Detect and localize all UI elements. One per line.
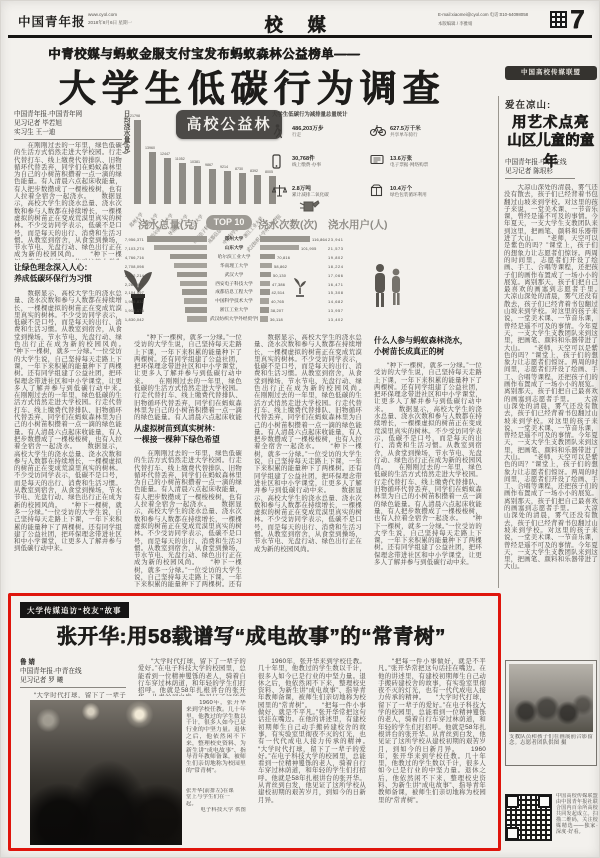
article-subhead-3: 什么人参与蚂蚁森林浇水， 小树苗长成真正的树 xyxy=(374,336,482,357)
reduction-item-value: 2.8万吨 xyxy=(292,184,311,192)
feature-text-column: “把每一件小事做好，就是不平凡。”张开华常把这句话挂在嘴边。在他的讲述里，有建校… xyxy=(378,658,486,846)
article-text-column: 数据显示，高校大学生的浇水总量、浇水次数和参与人数都在持续增长，一棵棵虚拟的树苗… xyxy=(14,290,122,588)
subhead-line: 从虚拟树苗到真实树林： xyxy=(134,424,242,435)
contact-line-2: 本版编辑 / 李雅娟 xyxy=(438,21,550,27)
reduction-item-label: 绿色包装循环利用 xyxy=(390,192,427,198)
scale-icon xyxy=(272,184,287,197)
package-icon xyxy=(370,184,383,197)
rank-row-value: 50,130 xyxy=(273,273,286,278)
rank-row-value: 58,862 xyxy=(274,264,287,269)
contact-line-1: E-mail:xiaomei@cyol.com 电话:010-64098058 xyxy=(438,12,550,18)
rank-row-value: 36,118 xyxy=(270,317,283,322)
rank-row-value: 武汉大学 xyxy=(210,272,258,278)
caption-line: 电子科技大学 供图 xyxy=(186,807,246,813)
reduction-item-value: 627.5万千米 xyxy=(390,124,421,132)
reduction-item-value: 30,768件 xyxy=(292,154,315,162)
rank-row-value: 15,308 xyxy=(328,290,344,295)
rank-row-value: 47,386 xyxy=(272,282,285,287)
byline-line: 中国青年报·中国青年网 xyxy=(14,110,122,119)
qr-code-icon xyxy=(550,11,567,28)
rank-top10-badge: TOP 10 xyxy=(206,215,252,230)
article-text-column: 在刚刚过去的一年里，绿色低碳的生活方式悄然走进大学校园。行走代替打车、线上缴费代… xyxy=(134,450,242,588)
campus-media-union-banner: 中国高校传媒联盟 xyxy=(505,66,597,80)
feature-photo-caption: 张开华(前排左)在课 堂上与学生们在一 起。 电子科技大学 供图 xyxy=(186,788,246,814)
feature-photo xyxy=(30,700,182,845)
rank-rows: 7,956,371郑州大学116,86423,9417,103,274山东大学1… xyxy=(120,236,464,330)
main-article-byline: 中国青年报·中国青年网 见习记者 毕若旭 实习生 王一迪 xyxy=(14,110,122,140)
rank-row-value: 郑州大学 xyxy=(210,236,258,242)
feature-byline-line: 见习记者 罗 曦 xyxy=(20,676,126,688)
rank-row-value: 19,802 xyxy=(328,255,344,260)
article-subhead-2: 从虚拟树苗到真实树林： 一棵接一棵种下绿色希望 xyxy=(134,424,242,445)
ticket-icon xyxy=(370,154,384,165)
reduction-item-label: 行走 xyxy=(292,132,301,138)
infographic-title: 高校公益林 xyxy=(176,110,282,139)
rank-row-value: 西安电子科技大学 xyxy=(210,281,258,287)
feature-byline: 鲁 婧 中国青年报·中青在线 见习记者 罗 曦 xyxy=(20,658,126,688)
rank-row-value: 17,066 xyxy=(328,273,344,278)
infographic-campus-forest: 日均浇水量(克) 2179813960124471105210381986792… xyxy=(120,104,464,330)
rank-row-value: 14,682 xyxy=(328,299,344,304)
feature-headline: 张开华:用58载谱写“成电故事”的“常青树” xyxy=(16,619,486,649)
newspaper-page: 中国青年报 www.cyol.com 2018年8月6日 星期一 校 媒 E-m… xyxy=(0,0,600,858)
reduction-item-value: 13.6万张 xyxy=(390,154,412,162)
page-number: 7 xyxy=(570,4,584,35)
feature-byline-line: 中国青年报·中青在线 xyxy=(20,667,126,676)
reduction-item-label: 共享单车骑行 xyxy=(390,132,418,138)
feature-text-column: “大学时代打球，留下了一辈子的爱好。”在电子科技大学的校园里，总能看到一位精神矍… xyxy=(20,692,126,698)
rank-col-users-label: 浇水用户(人) xyxy=(328,217,388,232)
feature-text-column: “大学时代打球，留下了一辈子的爱好。”在电子科技大学的校园里，总能看到一位精神矍… xyxy=(138,658,246,696)
sidebar-byline-line: 中国青年报·中青在线 xyxy=(505,158,567,167)
rank-row-value: 2,652,214 xyxy=(120,273,144,278)
rank-row-value: 2,708,098 xyxy=(120,264,144,269)
bicycle-icon xyxy=(370,124,386,136)
subhead-line: 养成低碳环保行为习惯 xyxy=(14,274,122,285)
phone-icon xyxy=(272,154,281,169)
reduction-panel: 486,203万步行走627.5万千米共享单车骑行30,768件线上缴费·办事1… xyxy=(272,118,464,204)
reduction-item-label: 线上缴费·办事 xyxy=(292,162,321,168)
rank-row-value: 华南理工大学 xyxy=(210,263,258,269)
rank-row-value: 2,104,997 xyxy=(120,290,144,295)
rank-row-value: 哈尔滨工业大学 xyxy=(210,254,258,260)
header-rule xyxy=(8,35,592,38)
reduction-item-value: 486,203万步 xyxy=(292,124,323,132)
rank-row-value: 浙江工业大学 xyxy=(210,307,258,313)
rank-col-total-label: 浇水总量(克) xyxy=(138,217,198,232)
sidebar-qr-code xyxy=(505,794,552,841)
walking-icon xyxy=(272,124,283,139)
reduction-item-value: 10.4万个 xyxy=(390,184,412,192)
article-text-column: “种下一棵树，就多一分绿。”一位受访的大学生说，自己坚持每天走路上下课，一年下来… xyxy=(134,334,242,421)
rank-row-value: 1,913,176 xyxy=(120,308,144,313)
rank-row-value: 70,816 xyxy=(277,255,290,260)
article-subhead-1: 让绿色理念深入人心： 养成低碳环保行为习惯 xyxy=(14,263,122,284)
subhead-line: 什么人参与蚂蚁森林浇水， xyxy=(374,336,482,347)
rank-row-value: 1,966,832 xyxy=(120,299,144,304)
rank-row-value: 7,103,274 xyxy=(120,246,144,251)
rank-row-value: 38,207 xyxy=(271,308,284,313)
rank-row-value: 18,224 xyxy=(328,264,344,269)
rank-row-value: 13,402 xyxy=(328,317,344,322)
subhead-line: 让绿色理念深入人心： xyxy=(14,263,122,274)
sidebar-kicker: 爱在凉山: xyxy=(505,97,551,111)
reduction-panel-title: 大学生低碳行为减排量总量统计 xyxy=(272,110,347,118)
byline-line: 实习生 王一迪 xyxy=(14,128,122,140)
subhead-line: 一棵接一棵种下绿色希望 xyxy=(134,435,242,446)
rank-row-value: 4,766,716 xyxy=(120,255,144,260)
sidebar-byline-line: 见习记者 陈垠杉 xyxy=(505,167,575,179)
rank-row-value: 13,957 xyxy=(328,308,344,313)
subhead-line: 小树苗长成真正的树 xyxy=(374,347,482,358)
sidebar-text-column: 大凉山深处的清晨，雾气还没有散去，孩子们已经背着书包翻过山坡来到学校。对这里的孩… xyxy=(504,184,598,654)
article-text-column: “种下一棵树，就多一分绿。”一位受访的大学生说，自己坚持每天走路上下课，一年下来… xyxy=(374,362,482,588)
rank-row-value: 7,956,371 xyxy=(120,237,144,242)
rank-row-value: 40,765 xyxy=(271,299,284,304)
feature-series-tag: 大学传媒追访“校友”故事 xyxy=(20,602,129,618)
rank-row-value: 116,864 xyxy=(312,237,327,242)
rank-row-value: 中国科学技术大学 xyxy=(210,298,258,304)
column-divider xyxy=(498,96,499,588)
article-text-column: 数据显示，高校大学生的浇水总量、浇水次数和参与人数都在持续增长，一棵棵虚拟的树苗… xyxy=(254,334,362,588)
sidebar-photo-caption: 支教队员和孩子们在画展前合影留念。志愿者团队供图 摄 xyxy=(509,734,593,760)
feature-byline-line: 鲁 婧 xyxy=(20,658,126,667)
article-text-column: 在刚刚过去的一年里，绿色低碳的生活方式悄然走进大学校园。行走代替打车、线上缴费代… xyxy=(14,142,122,260)
sidebar-photo-frame: 支教队员和孩子们在画展前合影留念。志愿者团队供图 摄 xyxy=(505,660,597,766)
reduction-item-label: 电子票据·网络购票 xyxy=(390,162,428,168)
rank-row-value: 21,573 xyxy=(328,246,344,251)
qr-note: 中国高校传媒联盟由中国青年报社联合国内百余所高校共同发起成立。扫描二维码，关注校… xyxy=(556,793,598,851)
rank-row-value: 山东大学 xyxy=(210,245,258,251)
rank-row-value: 23,941 xyxy=(328,237,344,242)
watering-can-icon xyxy=(298,198,320,213)
feature-text-column: 1960年，张开华来到学校任教。几十年里，他教过的学生数以千计，很多人如今已是行… xyxy=(258,658,366,846)
byline-line: 见习记者 毕若旭 xyxy=(14,119,122,128)
rank-row-value: 2,263,807 xyxy=(120,282,144,287)
rank-row-value: 42,514 xyxy=(272,290,285,295)
rank-row-value: 1,830,042 xyxy=(120,317,144,322)
sidebar-photo xyxy=(509,664,593,732)
rank-row-value: 16,471 xyxy=(328,282,344,287)
rank-row-value: 武汉纺织大学外经贸学院 xyxy=(210,316,258,322)
rank-row-value: 101,905 xyxy=(301,246,316,251)
feature-text-column-narrow: 1960年，张开华来到学校任教。几十年里，他教过的学生数以千计，很多人如今已是行… xyxy=(186,700,246,784)
rank-row-value: 成都信息工程大学 xyxy=(210,289,258,295)
rank-col-times-label: 浇水次数(次) xyxy=(258,217,318,232)
